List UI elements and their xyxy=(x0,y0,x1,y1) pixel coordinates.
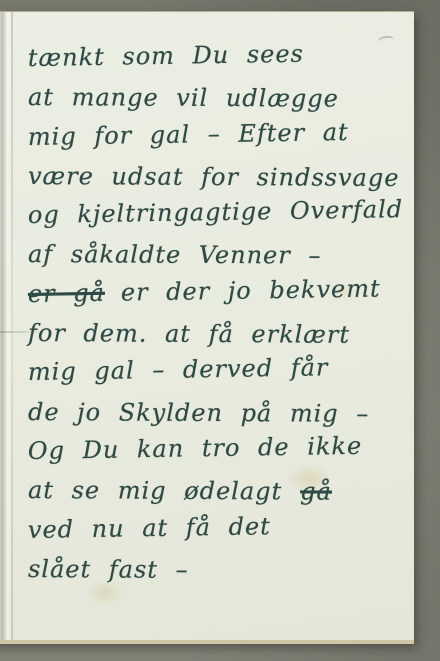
letter-page: tænkt som Du sees at mange vil udlægge m… xyxy=(0,11,414,644)
handwriting-line: mig for gal – Efter at xyxy=(28,117,404,162)
handwritten-text-block: tænkt som Du sees at mange vil udlægge m… xyxy=(28,44,403,594)
handwriting-line: mig gal – derved får xyxy=(28,352,404,397)
fold-crease-vertical xyxy=(11,12,13,640)
handwriting-line: Og Du kan tro de ikke xyxy=(28,431,404,476)
handwriting-line: slået fast – xyxy=(28,555,403,596)
struck-through-words: gå xyxy=(300,478,332,506)
handwriting-line: er gåer der jo bekvemt xyxy=(28,274,404,319)
handwriting-line: tænkt som Du sees xyxy=(28,38,404,83)
handwriting-line-text: at se mig ødelagt xyxy=(28,476,282,505)
handwriting-line: ved nu at få det xyxy=(28,510,404,555)
struck-through-words: er gå xyxy=(28,279,105,308)
handwriting-line-text: er der jo bekvemt xyxy=(121,274,381,306)
handwriting-line: og kjeltringagtige Overfald xyxy=(28,195,404,240)
